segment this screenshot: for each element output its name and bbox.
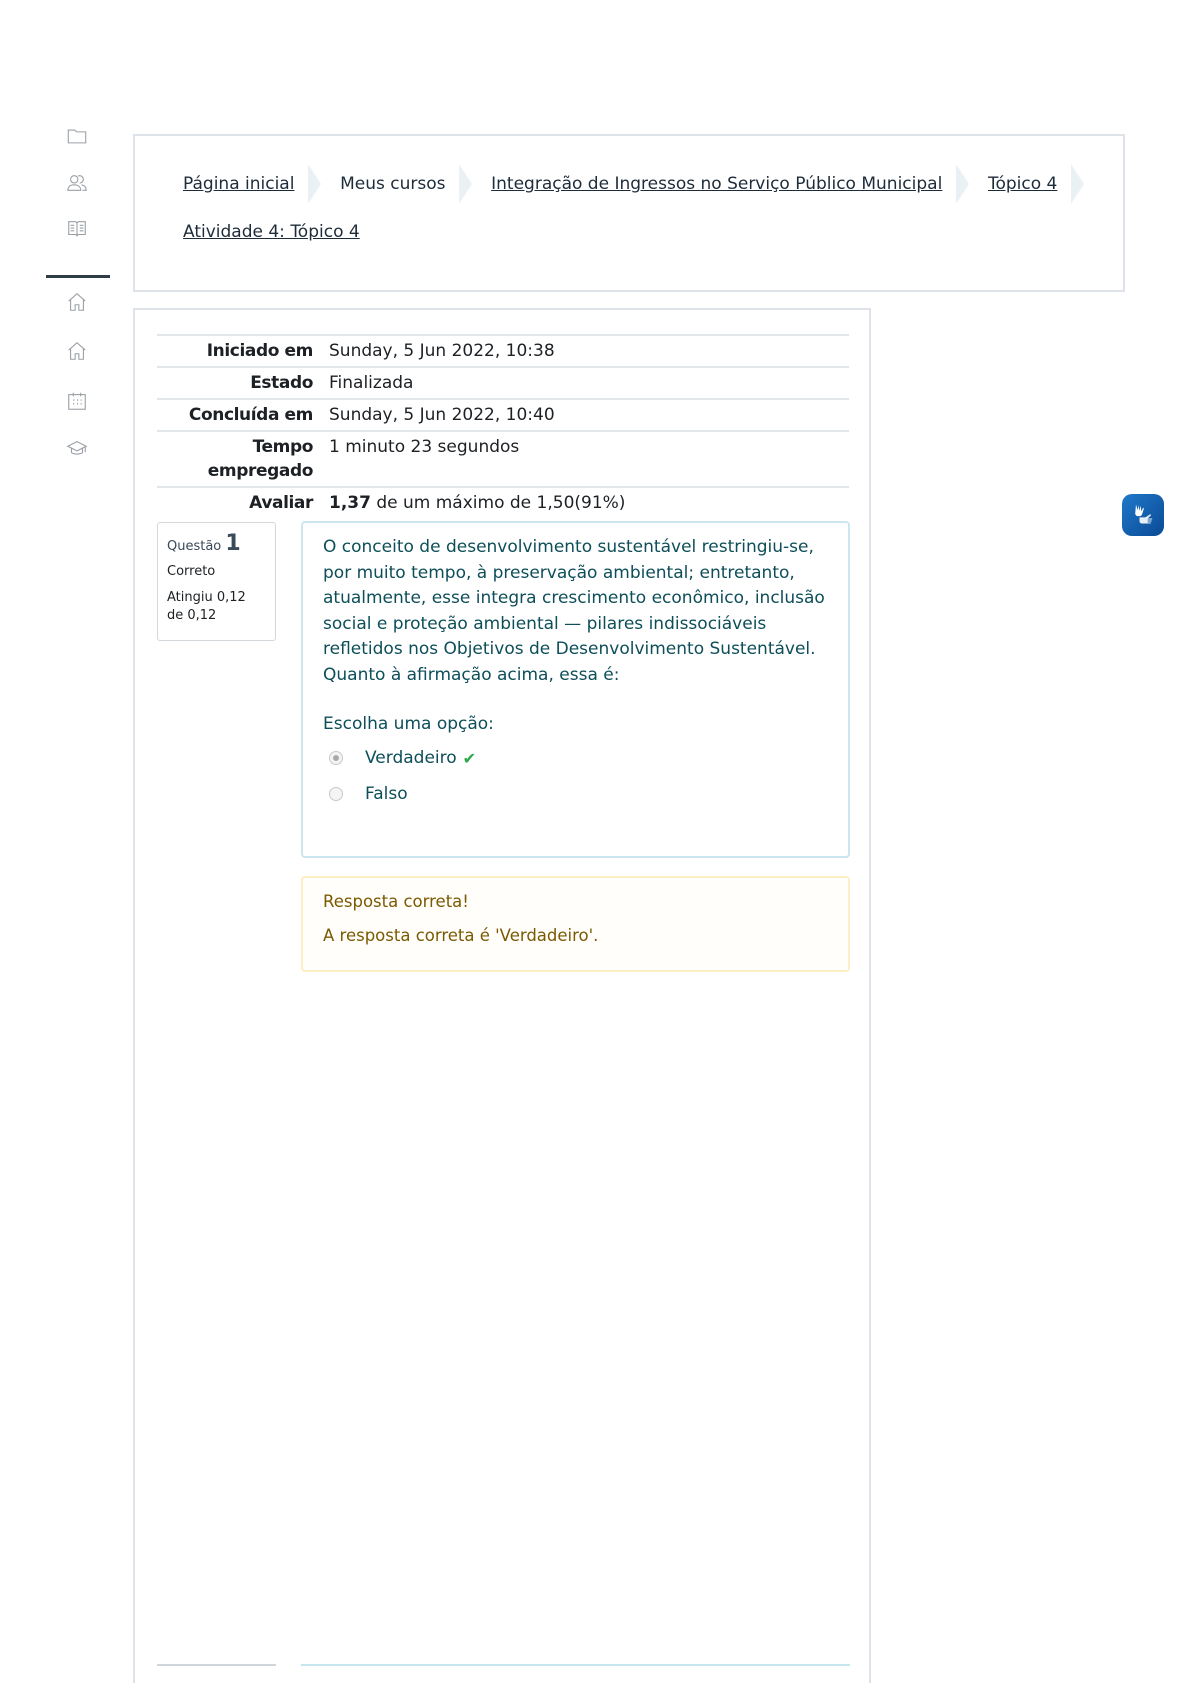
feedback-right-answer: A resposta correta é 'Verdadeiro'.: [323, 924, 828, 948]
summary-row-state: Estado Finalizada: [157, 366, 849, 398]
breadcrumb: Página inicial Meus cursos Integração de…: [183, 164, 1103, 252]
attempt-summary-table: Iniciado em Sunday, 5 Jun 2022, 10:38 Es…: [157, 334, 849, 518]
question-text: O conceito de desenvolvimento sustentáve…: [323, 535, 828, 688]
question-feedback: Resposta correta! A resposta correta é '…: [301, 876, 850, 972]
breadcrumb-home[interactable]: Página inicial: [183, 174, 294, 194]
radio-unselected[interactable]: [329, 787, 343, 801]
answer-prompt: Escolha uma opção:: [323, 712, 828, 737]
page-header: Página inicial Meus cursos Integração de…: [133, 134, 1125, 292]
feedback-result: Resposta correta!: [323, 890, 828, 914]
home-icon[interactable]: [66, 340, 88, 362]
breadcrumb-activity[interactable]: Atividade 4: Tópico 4: [183, 222, 360, 242]
users-icon[interactable]: [66, 172, 88, 194]
breadcrumb-my-courses: Meus cursos: [340, 174, 445, 194]
answer-option-false[interactable]: Falso: [323, 781, 828, 807]
answer-label: Verdadeiro: [365, 748, 457, 768]
grade-score: 1,37: [329, 493, 371, 513]
breadcrumb-course[interactable]: Integração de Ingressos no Serviço Públi…: [491, 174, 942, 194]
question-label: Questão: [167, 539, 221, 554]
nav-divider: [46, 275, 110, 278]
home-icon[interactable]: [66, 291, 88, 313]
question-number: 1: [225, 531, 240, 556]
question-content: O conceito de desenvolvimento sustentáve…: [301, 521, 850, 858]
summary-row-grade: Avaliar 1,37 de um máximo de 1,50(91%): [157, 486, 849, 518]
summary-row-time-taken: Tempo empregado 1 minuto 23 segundos: [157, 430, 849, 486]
answer-label: Falso: [365, 784, 408, 804]
radio-selected[interactable]: [329, 751, 343, 765]
book-icon[interactable]: [66, 218, 88, 240]
next-question-content-edge: [301, 1664, 850, 1666]
breadcrumb-separator: [308, 164, 320, 204]
summary-row-started: Iniciado em Sunday, 5 Jun 2022, 10:38: [157, 334, 849, 366]
breadcrumb-separator: [956, 164, 968, 204]
check-icon: ✔: [463, 749, 476, 768]
answer-option-true[interactable]: Verdadeiro ✔: [323, 745, 828, 771]
folder-icon[interactable]: [66, 125, 88, 147]
breadcrumb-separator: [1071, 164, 1083, 204]
question-grade: Atingiu 0,12 de 0,12: [167, 589, 266, 625]
next-question-info-edge: [157, 1664, 276, 1666]
accessibility-widget-button[interactable]: [1122, 494, 1164, 536]
sign-language-icon: [1129, 501, 1157, 529]
question-info: Questão 1 Correto Atingiu 0,12 de 0,12: [157, 522, 276, 641]
question-state: Correto: [167, 564, 266, 579]
summary-row-completed: Concluída em Sunday, 5 Jun 2022, 10:40: [157, 398, 849, 430]
breadcrumb-separator: [459, 164, 471, 204]
breadcrumb-topic[interactable]: Tópico 4: [988, 174, 1057, 194]
quiz-review: Iniciado em Sunday, 5 Jun 2022, 10:38 Es…: [133, 308, 871, 1683]
graduation-cap-icon[interactable]: [66, 438, 88, 460]
calendar-icon[interactable]: [66, 390, 88, 412]
grade-detail: de um máximo de 1,50(91%): [371, 493, 625, 513]
